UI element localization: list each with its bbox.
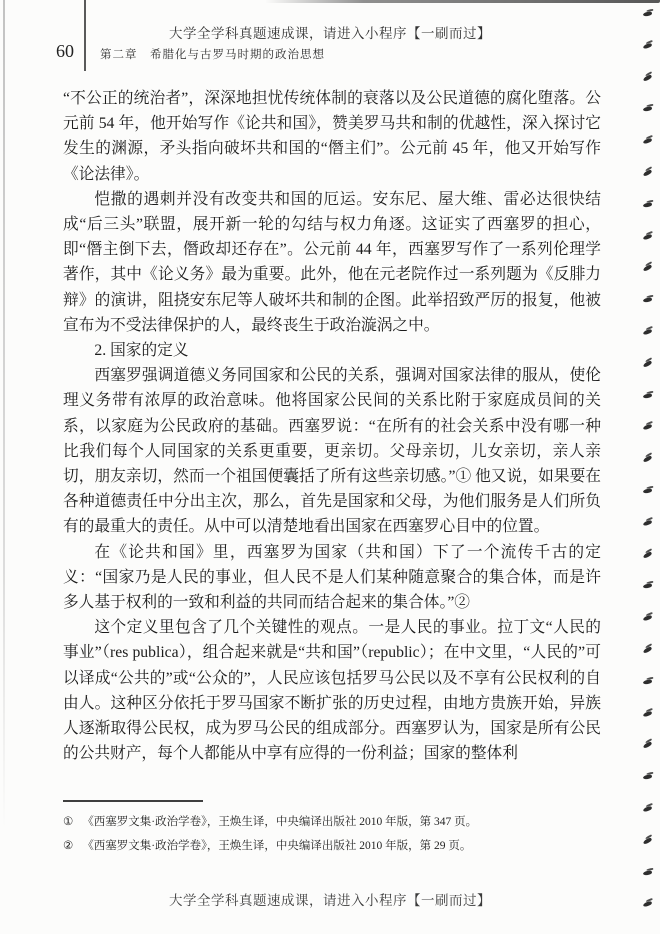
book-page: 大学全学科真题速成课，请进入小程序【一刷而过】 60 第二章 希腊化与古罗马时期… xyxy=(0,0,660,934)
binding-mark xyxy=(643,233,653,240)
binding-mark xyxy=(643,360,653,368)
paragraph: 恺撒的遇刺并没有改变共和国的厄运。安东尼、屋大维、雷必达很快结成“后三头”联盟，… xyxy=(63,187,601,338)
binding-mark xyxy=(643,551,653,559)
binding-mark xyxy=(643,74,653,82)
binding-mark xyxy=(643,741,653,749)
watermark-bottom: 大学全学科真题速成课，请进入小程序【一刷而过】 xyxy=(0,889,660,909)
binding-mark xyxy=(643,870,653,876)
footnote-separator xyxy=(63,800,203,802)
watermark-top: 大学全学科真题速成课，请进入小程序【一刷而过】 xyxy=(0,22,660,42)
footnote-text: 《西塞罗文集·政治学卷》，王焕生译，中央编译出版社 2010 年版，第 29 页… xyxy=(82,840,471,852)
binding-mark xyxy=(643,806,653,813)
binding-mark xyxy=(643,519,653,526)
binding-mark xyxy=(643,138,653,145)
binding-mark xyxy=(643,837,653,845)
paragraph: 这个定义里包含了几个关键性的观点。一是人民的事业。拉丁文“人民的事业”（res … xyxy=(63,615,601,766)
binding-mark xyxy=(643,646,653,654)
binding-mark xyxy=(643,679,653,685)
binding-mark xyxy=(643,774,653,780)
paragraph: “不公正的统治者”，深深地担忧传统体制的衰落以及公民道德的腐化堕落。公元前 54… xyxy=(63,86,601,187)
binding-mark xyxy=(643,455,653,463)
binding-mark xyxy=(643,42,653,49)
binding-mark xyxy=(643,710,653,717)
footnote-text: 《西塞罗文集·政治学卷》，王焕生译，中央编译出版社 2010 年版，第 347 … xyxy=(82,816,477,828)
footnote-marker: ② xyxy=(63,834,73,858)
chapter-title: 第二章 希腊化与古罗马时期的政治思想 xyxy=(100,46,325,62)
binding-mark xyxy=(643,393,653,399)
scan-left-edge xyxy=(3,0,5,830)
scan-top-edge xyxy=(265,0,660,3)
binding-mark xyxy=(643,583,653,589)
footnote: ①《西塞罗文集·政治学卷》，王焕生译，中央编译出版社 2010 年版，第 347… xyxy=(63,810,608,834)
header-divider-line xyxy=(84,0,86,71)
page-number: 60 xyxy=(50,41,80,62)
footnote: ②《西塞罗文集·政治学卷》，王焕生译，中央编译出版社 2010 年版，第 29 … xyxy=(63,834,608,858)
footnotes: ①《西塞罗文集·政治学卷》，王焕生译，中央编译出版社 2010 年版，第 347… xyxy=(63,810,608,858)
footnote-marker: ① xyxy=(63,810,73,834)
body-text: “不公正的统治者”，深深地担忧传统体制的衰落以及公民道德的腐化堕落。公元前 54… xyxy=(63,86,601,766)
binding-mark xyxy=(643,264,653,272)
paragraph: 西塞罗强调道德义务同国家和公民的关系，强调对国家法律的服从，使伦理义务带有浓厚的… xyxy=(63,363,601,539)
binding-mark xyxy=(643,297,653,303)
binding-mark xyxy=(643,329,653,336)
section-heading: 2. 国家的定义 xyxy=(63,338,601,363)
binding-mark xyxy=(643,615,653,622)
binding-mark xyxy=(643,169,653,177)
binding-mark xyxy=(643,11,653,17)
binding-mark xyxy=(643,424,653,431)
paragraph: 在《论共和国》里，西塞罗为国家（共和国）下了一个流传千古的定义：“国家乃是人民的… xyxy=(63,540,601,616)
binding-mark xyxy=(643,106,653,112)
binding-mark xyxy=(643,202,653,208)
binding-mark xyxy=(643,488,653,494)
